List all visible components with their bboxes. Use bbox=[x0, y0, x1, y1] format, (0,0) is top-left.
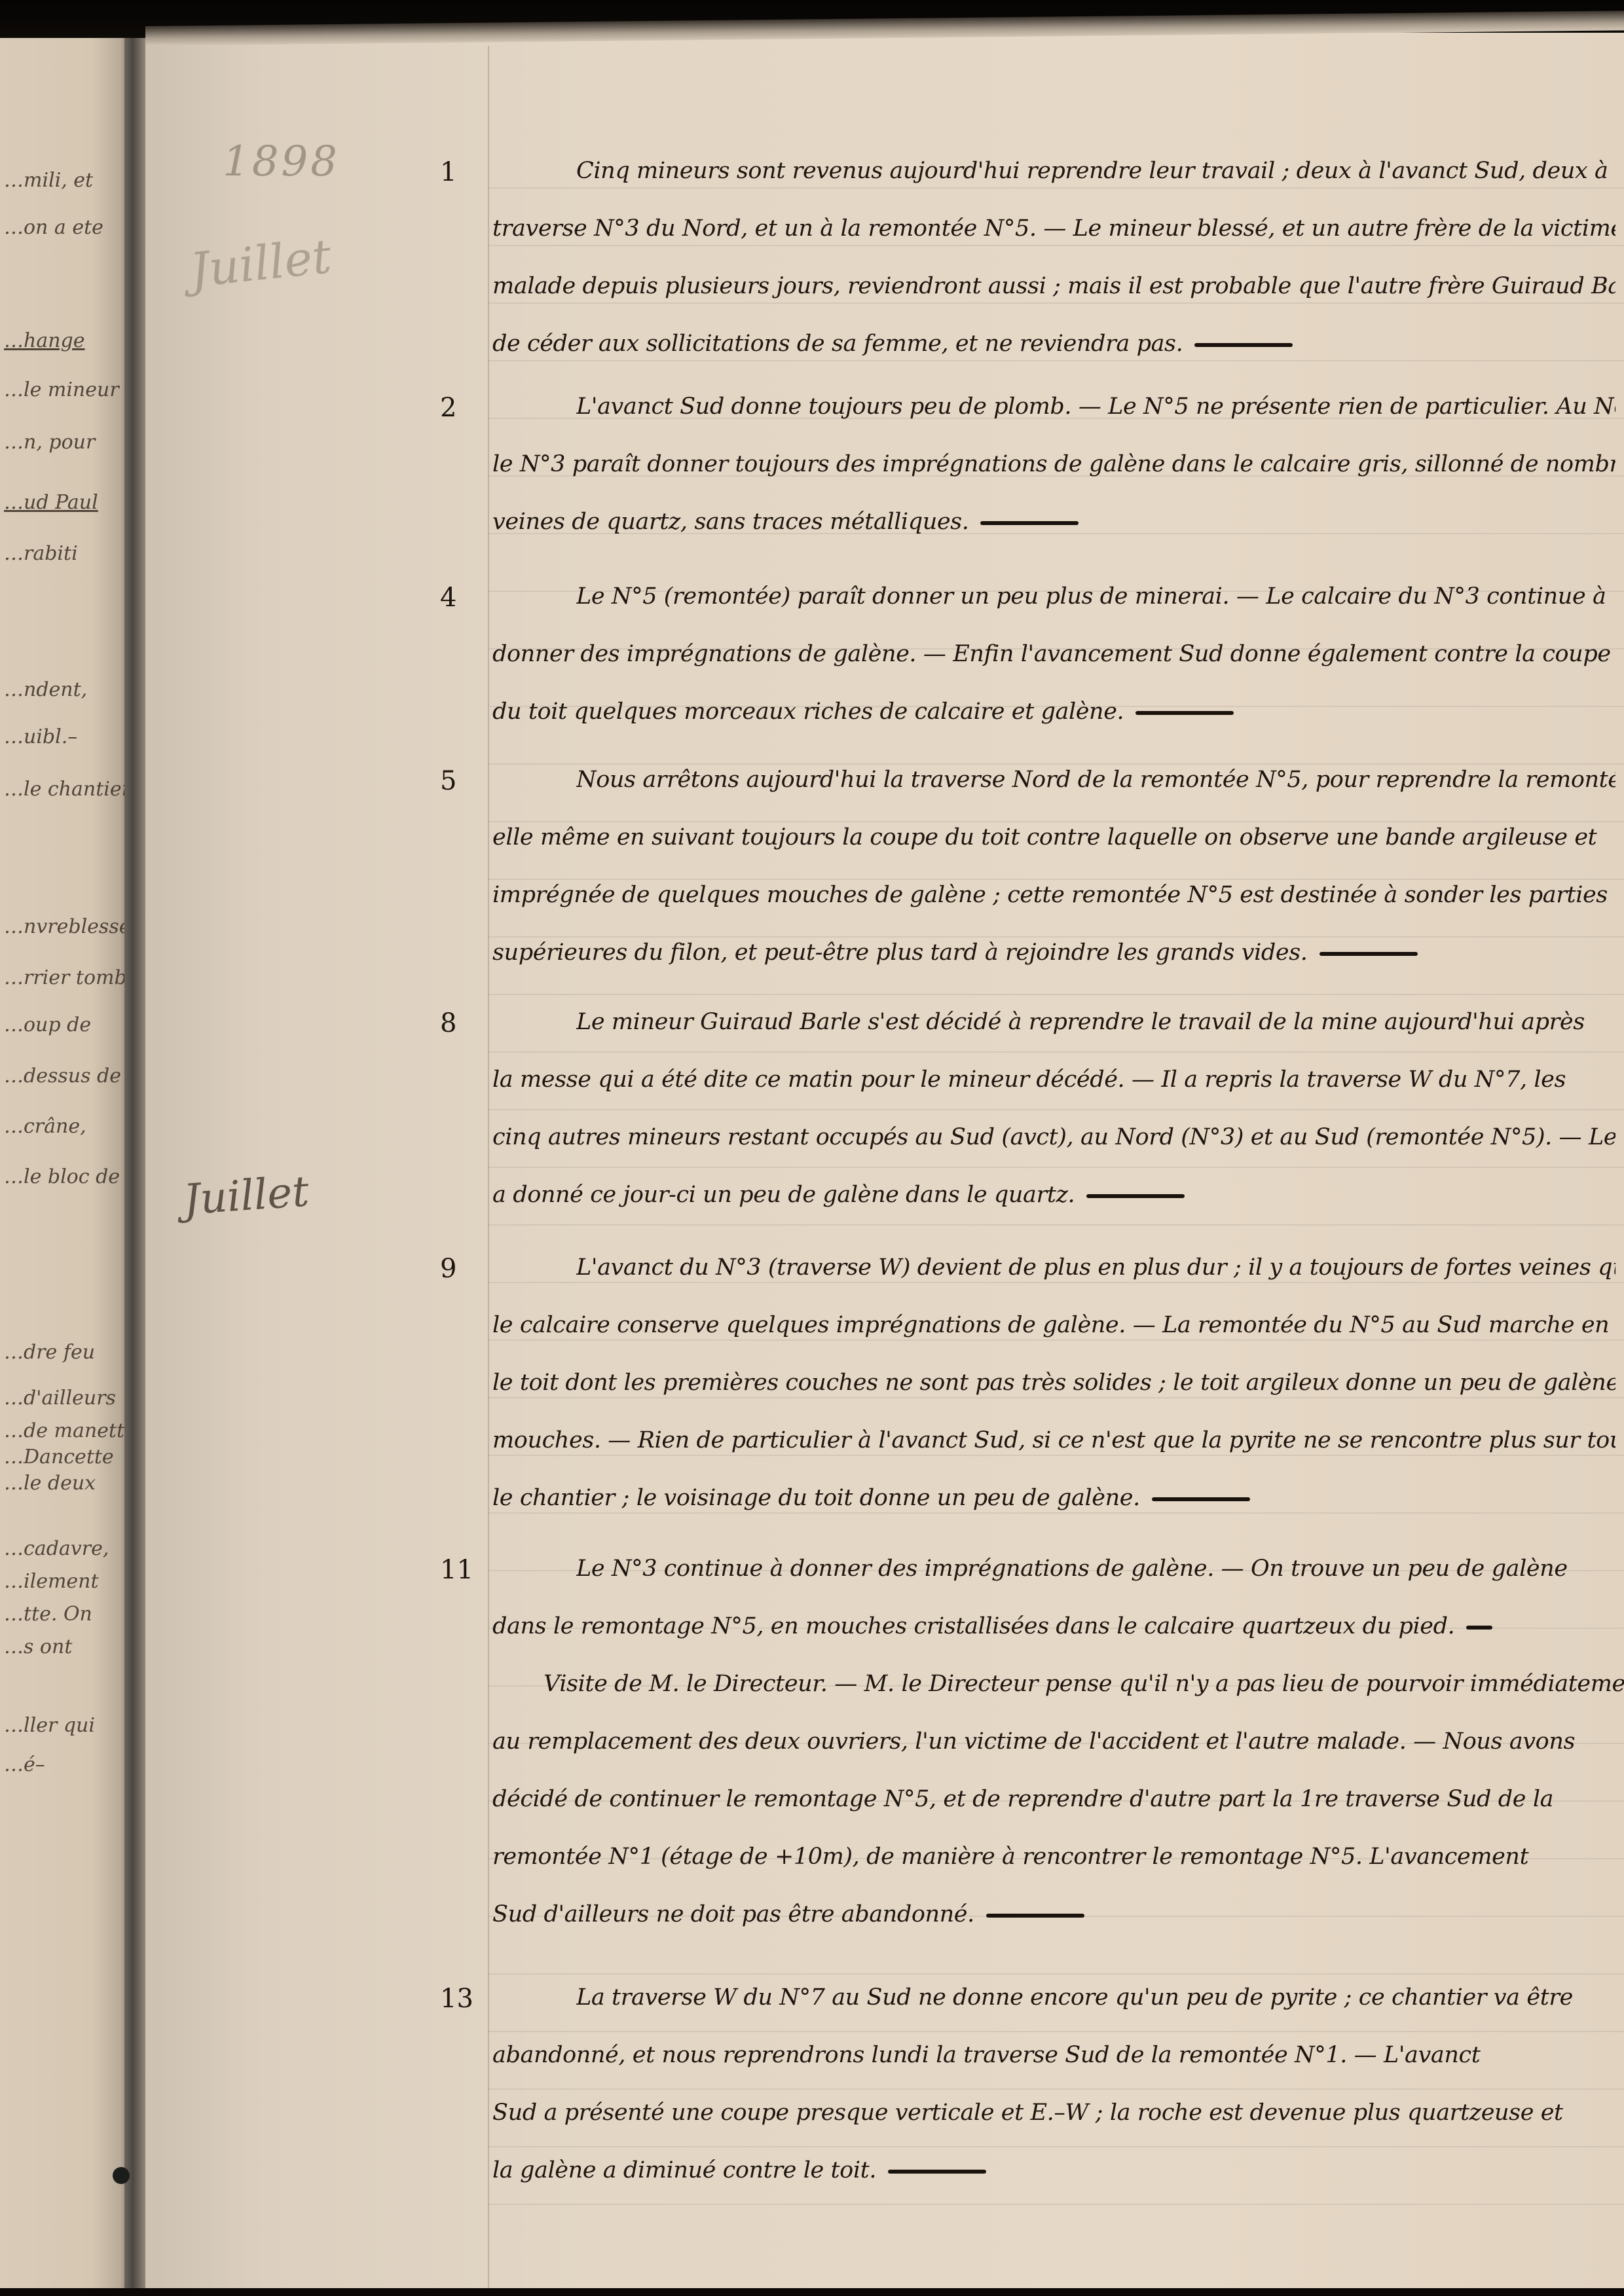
month-margin-label: Juillet bbox=[182, 1167, 311, 1224]
left-fragment-line: …cadavre, bbox=[4, 1537, 109, 1560]
entry-date: 8 bbox=[440, 1008, 456, 1038]
scan-bottom-edge bbox=[0, 2288, 1624, 2296]
left-fragment-line: …uibl.– bbox=[4, 725, 77, 748]
entry-line: le N°3 paraît donner toujours des imprég… bbox=[492, 450, 1615, 478]
entry-line: du toit quelques morceaux riches de calc… bbox=[492, 698, 1615, 725]
left-fragment-line: …le deux bbox=[4, 1472, 96, 1495]
entry-line: Le N°3 continue à donner des imprégnatio… bbox=[576, 1555, 1615, 1582]
entry-line: L'avanct Sud donne toujours peu de plomb… bbox=[576, 393, 1615, 420]
year-header: 1898 bbox=[223, 137, 340, 186]
margin-rule bbox=[488, 46, 489, 2296]
end-dash bbox=[1466, 1626, 1492, 1630]
entry-line: le calcaire conserve quelques imprégnati… bbox=[492, 1311, 1615, 1339]
entry-date: 5 bbox=[440, 766, 456, 796]
entry-line: Nous arrêtons aujourd'hui la traverse No… bbox=[576, 766, 1615, 793]
end-dash bbox=[1152, 1497, 1250, 1501]
entry-line: Sud d'ailleurs ne doit pas être abandonn… bbox=[492, 1901, 1615, 1928]
entry-line: supérieures du filon, et peut-être plus … bbox=[492, 939, 1615, 966]
entry-line: dans le remontage N°5, en mouches crista… bbox=[492, 1613, 1615, 1640]
entry-line: elle même en suivant toujours la coupe d… bbox=[492, 824, 1615, 851]
end-dash bbox=[980, 521, 1079, 525]
entry-line: le chantier ; le voisinage du toit donne… bbox=[492, 1484, 1615, 1512]
entry-line: La traverse W du N°7 au Sud ne donne enc… bbox=[576, 1984, 1615, 2011]
end-dash bbox=[1319, 952, 1418, 956]
left-fragment-line: …dre feu bbox=[4, 1341, 95, 1364]
left-fragment-line: …de manette bbox=[4, 1419, 131, 1442]
left-fragment-line: …le bloc de bbox=[4, 1165, 120, 1188]
entry-date: 2 bbox=[440, 393, 456, 423]
end-dash bbox=[986, 1914, 1084, 1918]
book-gutter bbox=[124, 38, 145, 2296]
left-fragment-line: …crâne, bbox=[4, 1115, 86, 1138]
left-fragment-line: …le mineur bbox=[4, 378, 119, 401]
entry-line: a donné ce jour-ci un peu de galène dans… bbox=[492, 1181, 1615, 1209]
end-dash bbox=[1086, 1194, 1185, 1198]
left-fragment-line: …le chantier bbox=[4, 778, 131, 801]
left-fragment-line: …s ont bbox=[4, 1635, 72, 1658]
entry-line: Le N°5 (remontée) paraît donner un peu p… bbox=[576, 583, 1615, 610]
entry-line: abandonné, et nous reprendrons lundi la … bbox=[492, 2041, 1615, 2069]
entry-line: la galène a diminué contre le toit. bbox=[492, 2157, 1615, 2184]
entry-line: le toit dont les premières couches ne so… bbox=[492, 1369, 1615, 1396]
entry-line: au remplacement des deux ouvriers, l'un … bbox=[492, 1728, 1615, 1755]
end-dash bbox=[1194, 343, 1293, 347]
left-fragment-line: …rabiti bbox=[4, 542, 78, 565]
entry-line: malade depuis plusieurs jours, reviendro… bbox=[492, 272, 1615, 300]
section-heading: Visite de M. le Directeur. bbox=[544, 1671, 828, 1697]
entry-line: L'avanct du N°3 (traverse W) devient de … bbox=[576, 1254, 1615, 1281]
entry-date: 11 bbox=[440, 1555, 473, 1585]
left-fragment-line: …tte. On bbox=[4, 1603, 92, 1626]
entry-line: la messe qui a été dite ce matin pour le… bbox=[492, 1066, 1615, 1093]
end-dash bbox=[1135, 711, 1234, 715]
left-fragment-line: …n, pour bbox=[4, 431, 95, 454]
left-page-fragment: …mili, et …on a ete …hange …le mineur …n… bbox=[0, 38, 131, 2296]
left-fragment-line: …ndent, bbox=[4, 678, 87, 701]
left-fragment-line: …Dancette bbox=[4, 1446, 114, 1468]
entry-line: Le mineur Guiraud Barle s'est décidé à r… bbox=[576, 1008, 1615, 1036]
entry-date: 13 bbox=[440, 1984, 473, 2014]
left-fragment-line: …mili, et bbox=[4, 169, 93, 192]
left-fragment-line: …d'ailleurs bbox=[4, 1387, 116, 1410]
binding-stitch-hole bbox=[113, 2167, 130, 2184]
entry-line: Sud a présenté une coupe presque vertica… bbox=[492, 2099, 1615, 2126]
left-fragment-line: …ilement bbox=[4, 1570, 99, 1593]
left-fragment-line: …ud Paul bbox=[4, 491, 98, 514]
left-fragment-line: …hange bbox=[4, 329, 85, 352]
entry-line: remontée N°1 (étage de +10m), de manière… bbox=[492, 1843, 1615, 1870]
left-fragment-line: …on a ete bbox=[4, 216, 103, 239]
left-fragment-line: …oup de bbox=[4, 1013, 91, 1036]
entry-line: de céder aux sollicitations de sa femme,… bbox=[492, 330, 1615, 357]
entry-date: 9 bbox=[440, 1254, 456, 1284]
entry-line: mouches. — Rien de particulier à l'avanc… bbox=[492, 1427, 1615, 1454]
end-dash bbox=[888, 2170, 986, 2174]
entry-line: traverse N°3 du Nord, et un à la remonté… bbox=[492, 215, 1615, 242]
entry-date: 4 bbox=[440, 583, 456, 613]
left-fragment-line: …dessus de bbox=[4, 1065, 121, 1087]
entry-line: décidé de continuer le remontage N°5, et… bbox=[492, 1785, 1615, 1813]
entry-line: donner des imprégnations de galène. — En… bbox=[492, 640, 1615, 668]
entry-line: cinq autres mineurs restant occupés au S… bbox=[492, 1123, 1615, 1151]
left-fragment-line: …rrier tombé bbox=[4, 966, 131, 989]
entry-line: Cinq mineurs sont revenus aujourd'hui re… bbox=[576, 157, 1615, 185]
entry-line: veines de quartz, sans traces métallique… bbox=[492, 508, 1615, 536]
entry-line: imprégnée de quelques mouches de galène … bbox=[492, 881, 1615, 909]
left-fragment-line: …nvreblessé bbox=[4, 915, 130, 938]
left-fragment-line: …ller qui bbox=[4, 1714, 95, 1737]
entry-line: Visite de M. le Directeur. — M. le Direc… bbox=[544, 1670, 1624, 1698]
entry-date: 1 bbox=[440, 157, 456, 187]
left-fragment-line: …é– bbox=[4, 1753, 45, 1776]
